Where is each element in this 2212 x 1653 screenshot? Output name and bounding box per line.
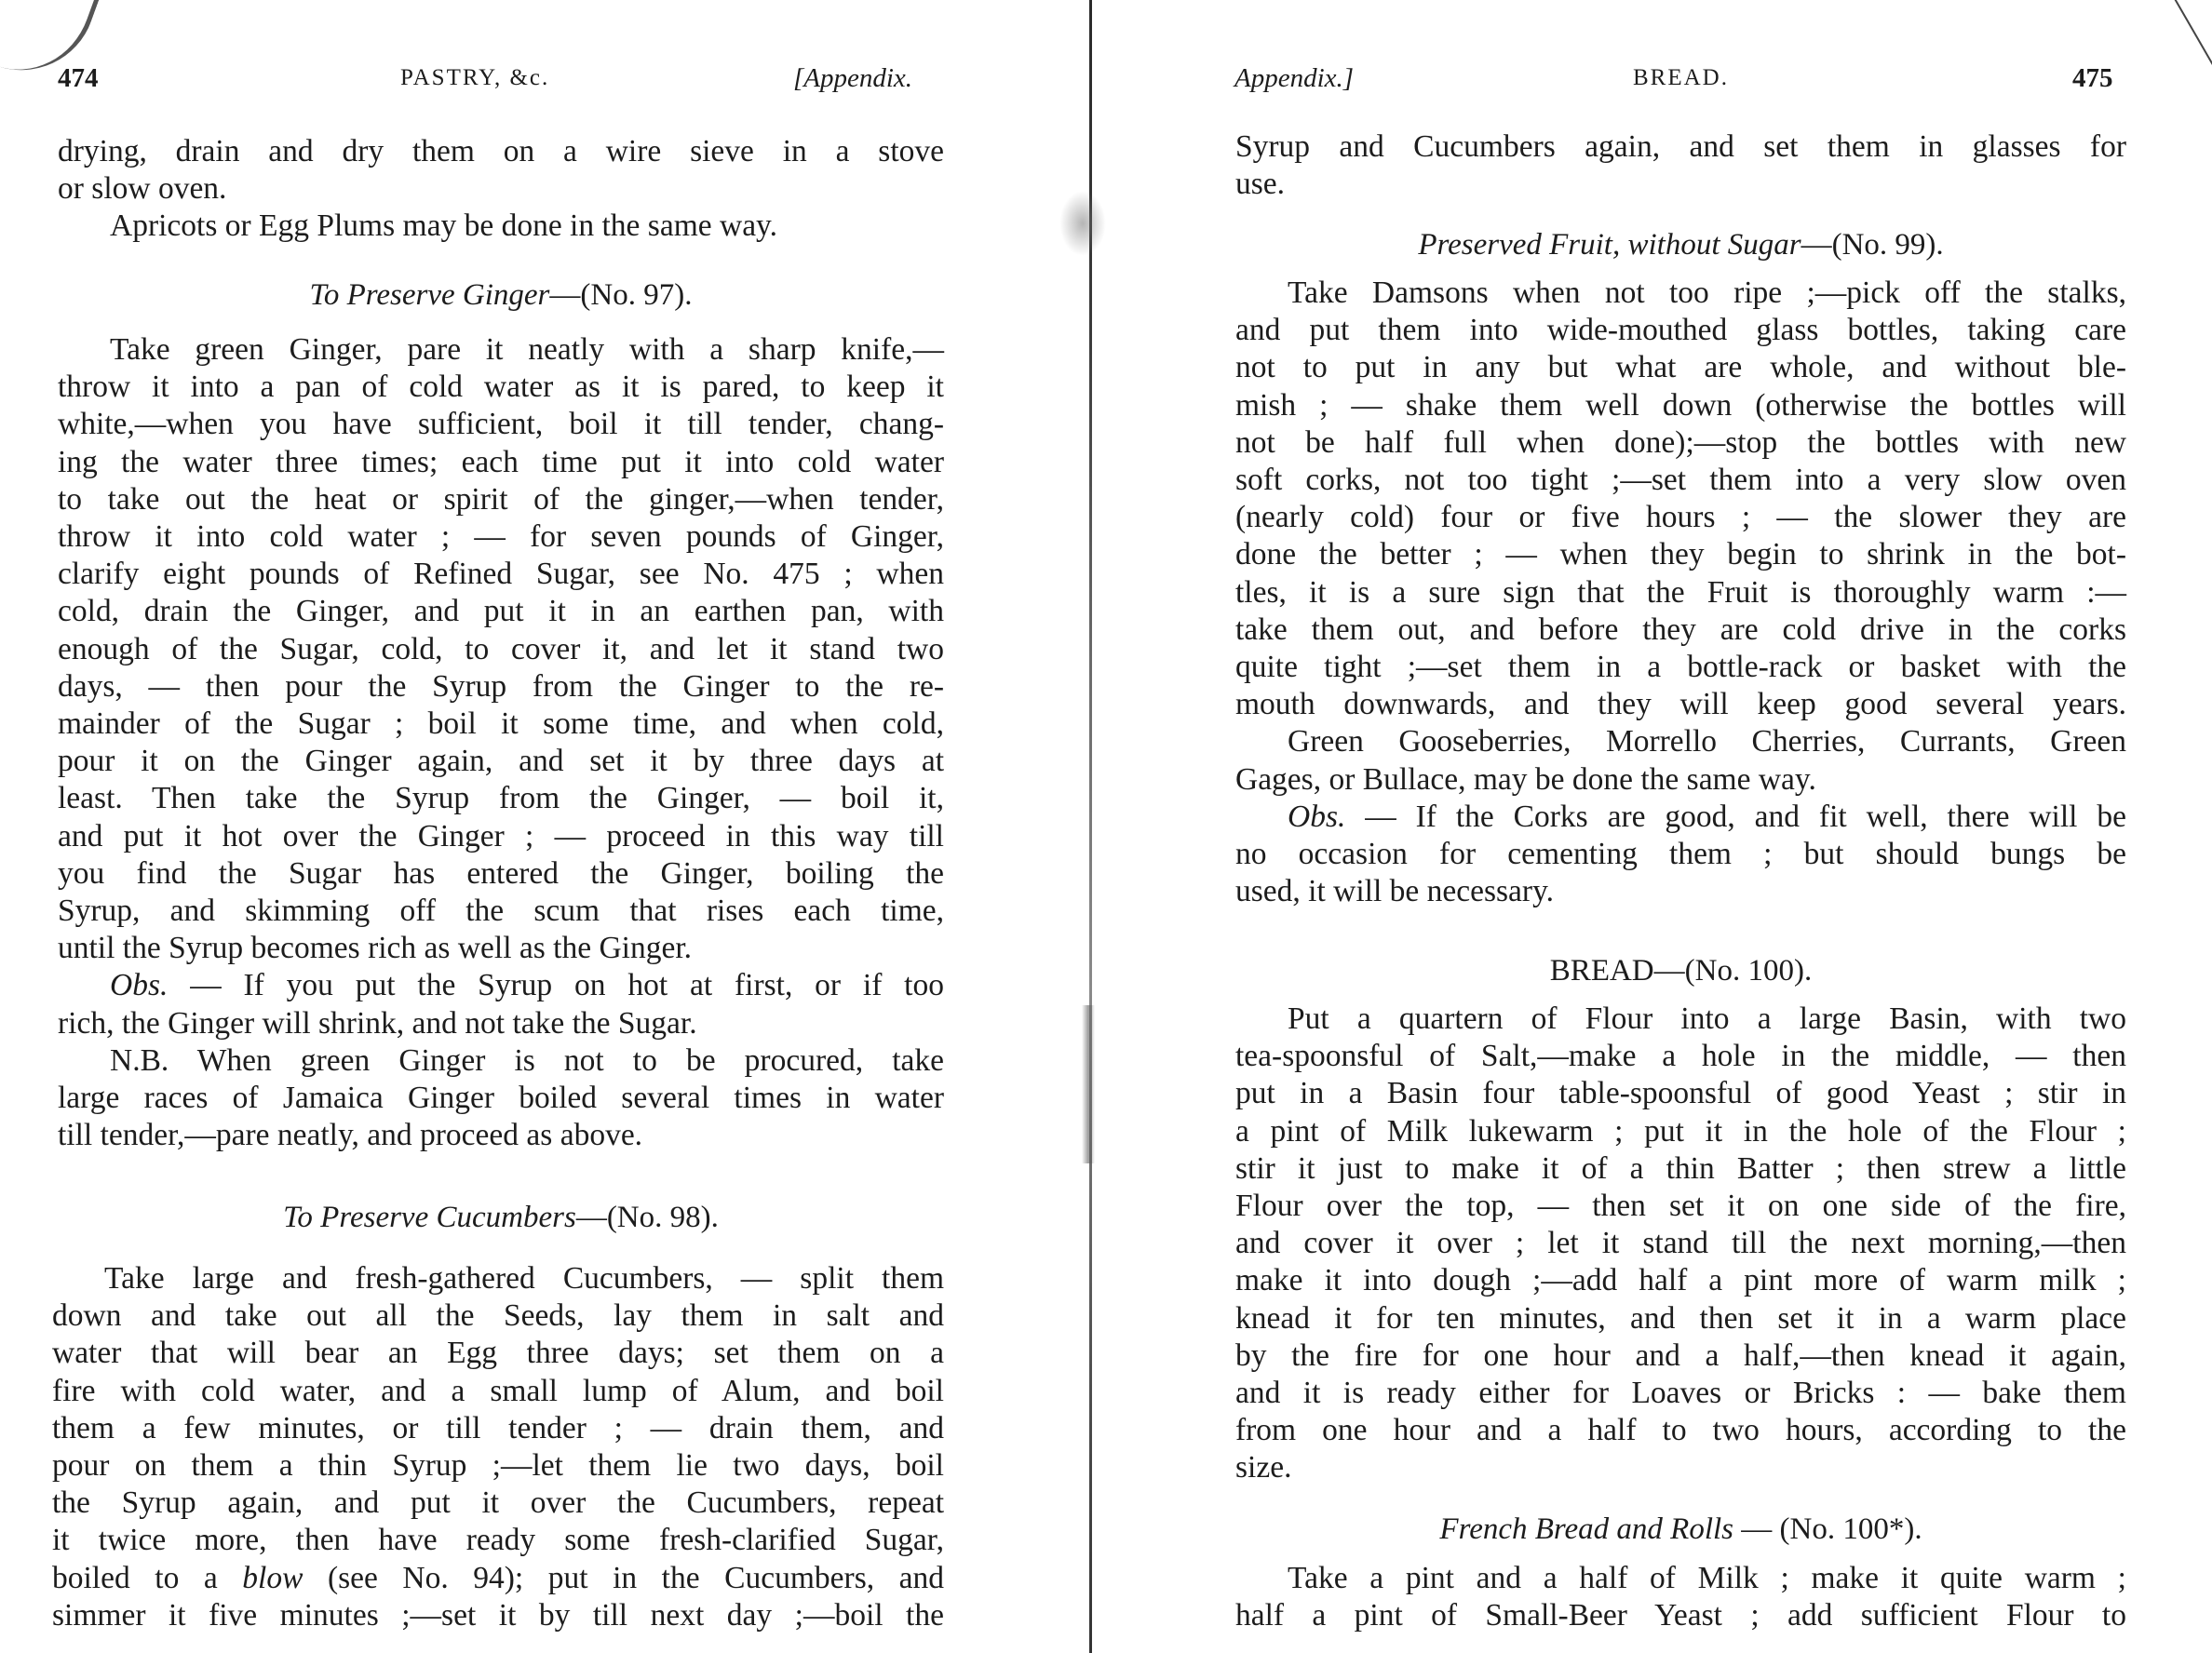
text-line: not be half full when done);—stop the bo… <box>1235 424 2126 462</box>
recipe-title: To Preserve Cucumbers <box>283 1201 576 1234</box>
text-line: Put a quartern of Flour into a large Bas… <box>1235 1001 2126 1038</box>
text-line: them a few minutes, or till tender ; — d… <box>52 1410 944 1447</box>
text-line: not to put in any but what are whole, an… <box>1235 349 2126 386</box>
text-line: tea-spoonsful of Salt,—make a hole in th… <box>1235 1038 2126 1075</box>
recipe-title: French Bread and Rolls <box>1439 1512 1733 1546</box>
recipe-number: —(No. 99). <box>1801 228 1944 262</box>
text-line: take them out, and before they are cold … <box>1235 611 2126 649</box>
italic-term: blow <box>242 1561 303 1595</box>
text-line: (nearly cold) four or five hours ; — the… <box>1235 499 2126 536</box>
text-line: mouth downwards, and they will keep good… <box>1235 686 2126 723</box>
text-line: Apricots or Egg Plums may be done in the… <box>58 208 944 245</box>
text-line: mainder of the Sugar ; boil it some time… <box>58 706 944 743</box>
text-line: put in a Basin four table-spoonsful of g… <box>1235 1075 2126 1112</box>
running-title: PASTRY, &c. <box>400 60 549 97</box>
continued-text: drying, drain and dry them on a wire sie… <box>58 133 944 246</box>
recipe-title: BREAD <box>1550 954 1654 988</box>
text-line: water that will bear an Egg three days; … <box>52 1335 944 1372</box>
running-title: BREAD. <box>1633 60 1729 97</box>
text-line: make it into dough ;—add half a pint mor… <box>1235 1262 2126 1299</box>
text-line: knead it for ten minutes, and then set i… <box>1235 1300 2126 1337</box>
text-line: a pint of Milk lukewarm ; put it in the … <box>1235 1113 2126 1150</box>
text-line: to take out the heat or spirit of the gi… <box>58 481 944 518</box>
continued-text: Syrup and Cucumbers again, and set them … <box>1235 128 2126 203</box>
recipe-body-98: Take large and fresh-gathered Cucumbers,… <box>52 1260 944 1634</box>
text-line: clarify eight pounds of Refined Sugar, s… <box>58 556 944 593</box>
text-line: N.B. When green Ginger is not to be proc… <box>58 1042 944 1080</box>
recipe-body-97: Take green Ginger, pare it neatly with a… <box>58 331 944 1154</box>
recipe-heading-98: To Preserve Cucumbers—(No. 98). <box>58 1199 944 1236</box>
text-line: half a pint of Small-Beer Yeast ; add su… <box>1235 1597 2126 1634</box>
text-line: boiled to a blow (see No. 94); put in th… <box>52 1560 944 1597</box>
text-line: used, it will be necessary. <box>1235 873 2126 910</box>
recipe-heading-100-star: French Bread and Rolls — (No. 100*). <box>1235 1511 2126 1548</box>
text-line: no occasion for cementing them ; but sho… <box>1235 836 2126 873</box>
text-line: enough of the Sugar, cold, to cover it, … <box>58 631 944 668</box>
text-line: rich, the Ginger will shrink, and not ta… <box>58 1005 944 1042</box>
recipe-heading-99: Preserved Fruit, without Sugar—(No. 99). <box>1235 226 2126 263</box>
recipe-number: —(No. 98). <box>576 1201 719 1234</box>
text-line: Syrup and Cucumbers again, and set them … <box>1235 128 2126 166</box>
obs-line: Obs. — If you put the Syrup on hot at fi… <box>58 967 944 1004</box>
text-line: use. <box>1235 166 2126 203</box>
recipe-number: —(No. 100). <box>1654 954 1813 988</box>
text-line: until the Syrup becomes rich as well as … <box>58 930 944 967</box>
text-line: least. Then take the Syrup from the Ging… <box>58 780 944 817</box>
text-line: Take large and fresh-gathered Cucumbers,… <box>52 1260 944 1297</box>
text-line: Green Gooseberries, Morrello Cherries, C… <box>1235 723 2126 760</box>
text-line: and put them into wide-mouthed glass bot… <box>1235 312 2126 349</box>
text-line: Syrup, and skimming off the scum that ri… <box>58 893 944 930</box>
text-line: drying, drain and dry them on a wire sie… <box>58 133 944 170</box>
page-number: 475 <box>2072 60 2113 97</box>
text-line: large races of Jamaica Ginger boiled sev… <box>58 1080 944 1117</box>
text-line: till tender,—pare neatly, and proceed as… <box>58 1117 944 1154</box>
text-line: fire with cold water, and a small lump o… <box>52 1373 944 1410</box>
text-line: it twice more, then have ready some fres… <box>52 1522 944 1559</box>
text-span: boiled to a <box>52 1561 242 1595</box>
text-line: pour it on the Ginger again, and set it … <box>58 743 944 780</box>
text-line: Flour over the top, — then set it on one… <box>1235 1188 2126 1225</box>
text-line: stir it just to make it of a thin Batter… <box>1235 1150 2126 1188</box>
text-line: the Syrup again, and put it over the Cuc… <box>52 1485 944 1522</box>
recipe-heading-97: To Preserve Ginger—(No. 97). <box>58 276 944 314</box>
text-line: white,—when you have sufficient, boil it… <box>58 406 944 443</box>
obs-label: Obs. <box>1288 800 1345 834</box>
text-span: — If the Corks are good, and fit well, t… <box>1345 800 2126 834</box>
text-line: from one hour and a half to two hours, a… <box>1235 1412 2126 1449</box>
text-line: Take green Ginger, pare it neatly with a… <box>58 331 944 369</box>
text-line: cold, drain the Ginger, and put it in an… <box>58 593 944 630</box>
section-marker: Appendix.] <box>1234 60 1354 97</box>
text-line: quite tight ;—set them in a bottle-rack … <box>1235 649 2126 686</box>
text-line: Take a pint and a half of Milk ; make it… <box>1235 1560 2126 1597</box>
text-line: you find the Sugar has entered the Ginge… <box>58 855 944 893</box>
section-marker: [Appendix. <box>793 60 912 97</box>
right-page: Appendix.] BREAD. 475 Syrup and Cucumber… <box>1093 0 2212 1653</box>
text-span: — If you put the Syrup on hot at first, … <box>168 968 944 1002</box>
text-line: done the better ; — when they begin to s… <box>1235 536 2126 573</box>
text-line: simmer it five minutes ;—set it by till … <box>52 1597 944 1634</box>
text-line: mish ; — shake them well down (otherwise… <box>1235 387 2126 424</box>
recipe-number: —(No. 97). <box>549 278 692 312</box>
recipe-number: — (No. 100*). <box>1733 1512 1922 1546</box>
obs-line: Obs. — If the Corks are good, and fit we… <box>1235 799 2126 836</box>
recipe-body-100-star: Take a pint and a half of Milk ; make it… <box>1235 1560 2126 1634</box>
obs-label: Obs. <box>110 968 168 1002</box>
text-line: days, — then pour the Syrup from the Gin… <box>58 668 944 706</box>
recipe-title: To Preserve Ginger <box>310 278 550 312</box>
text-line: soft corks, not too tight ;—set them int… <box>1235 462 2126 499</box>
page-number: 474 <box>58 60 99 97</box>
text-line: and it is ready either for Loaves or Bri… <box>1235 1375 2126 1412</box>
text-line: or slow oven. <box>58 170 944 208</box>
text-line: pour on them a thin Syrup ;—let them lie… <box>52 1447 944 1485</box>
text-line: and put it hot over the Ginger ; — proce… <box>58 818 944 855</box>
text-line: throw it into cold water ; — for seven p… <box>58 518 944 556</box>
text-line: ing the water three times; each time put… <box>58 444 944 481</box>
left-page: 474 PASTRY, &c. [Appendix. drying, drain… <box>0 0 1091 1653</box>
text-line: size. <box>1235 1449 2126 1486</box>
text-line: Gages, or Bullace, may be done the same … <box>1235 761 2126 799</box>
text-span: (see No. 94); put in the Cucumbers, and <box>303 1561 944 1595</box>
text-line: by the fire for one hour and a half,—the… <box>1235 1337 2126 1375</box>
text-line: down and take out all the Seeds, lay the… <box>52 1297 944 1335</box>
recipe-body-99: Take Damsons when not too ripe ;—pick of… <box>1235 275 2126 910</box>
text-line: and cover it over ; let it stand till th… <box>1235 1225 2126 1262</box>
text-line: throw it into a pan of cold water as it … <box>58 369 944 406</box>
recipe-body-100: Put a quartern of Flour into a large Bas… <box>1235 1001 2126 1487</box>
text-line: tles, it is a sure sign that the Fruit i… <box>1235 574 2126 611</box>
text-line: Take Damsons when not too ripe ;—pick of… <box>1235 275 2126 312</box>
recipe-heading-100: BREAD—(No. 100). <box>1235 952 2126 989</box>
recipe-title: Preserved Fruit, without Sugar <box>1418 228 1801 262</box>
